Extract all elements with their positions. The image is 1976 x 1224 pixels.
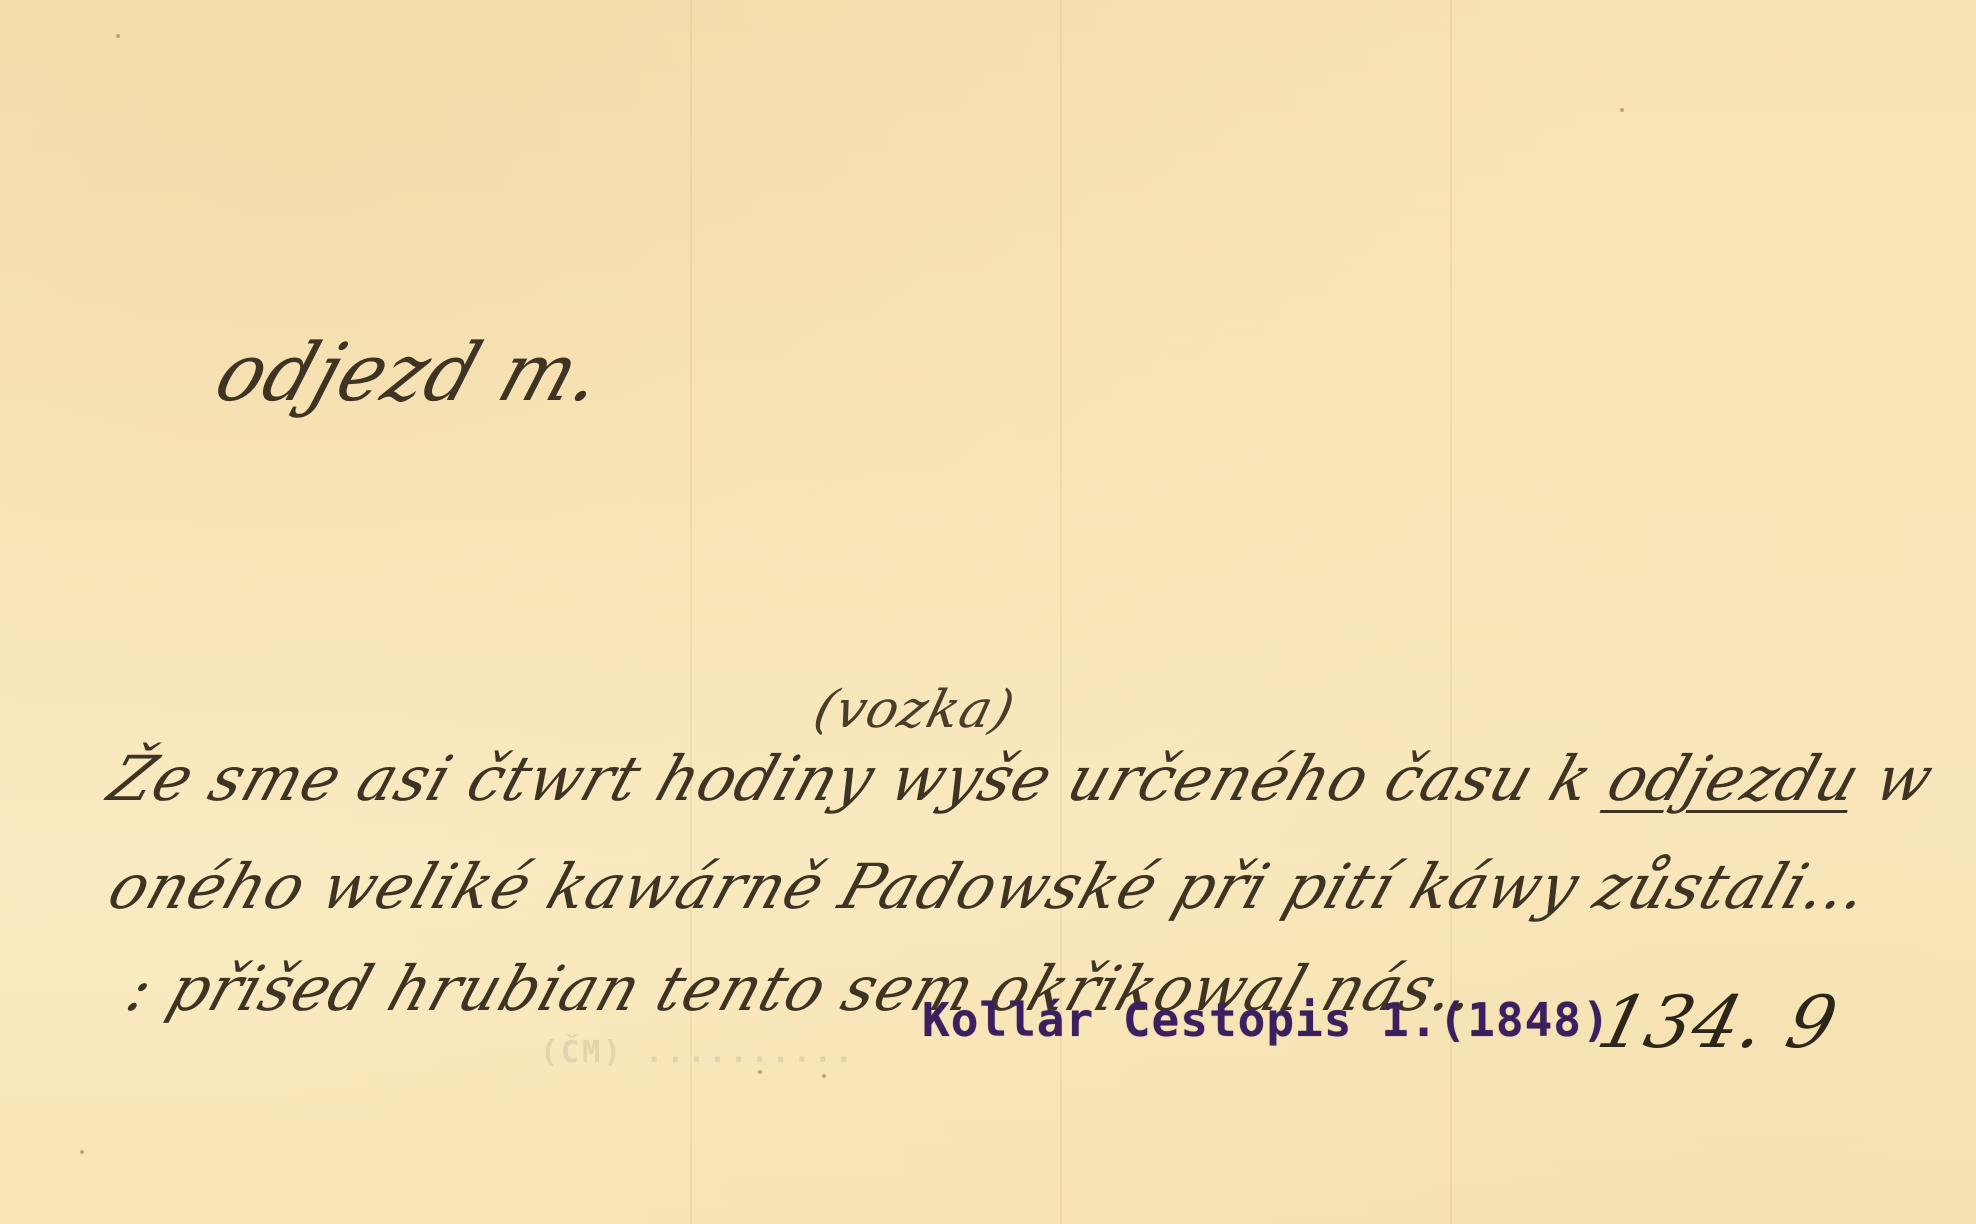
page-reference: 134. 9: [1590, 980, 1846, 1064]
paper-speck: [1620, 108, 1624, 112]
citation-line-2: oného weliké kawárně Padowské při pití k…: [100, 850, 1879, 923]
headword: odjezd m.: [205, 326, 616, 419]
interlinear-note: (vozka): [808, 680, 1021, 740]
dictionary-card: odjezd m. (vozka) Že sme asi čtwrt hodin…: [0, 0, 1976, 1224]
citation-text: Že sme asi čtwrt hodiny wyše určeného ča…: [100, 742, 1623, 815]
source-stamp: Kollár Cestopis 1.(1848): [922, 993, 1611, 1047]
paper-speck: [80, 1150, 84, 1154]
faded-stamp: (ČM) ..........: [540, 1035, 856, 1070]
paper-speck: [116, 34, 120, 38]
underlined-headword-occurrence: odjezdu: [1599, 742, 1870, 815]
paper-speck: [758, 1070, 762, 1074]
citation-line-1: Že sme asi čtwrt hodiny wyše určeného ča…: [100, 742, 1943, 815]
paper-speck: [822, 1074, 826, 1078]
